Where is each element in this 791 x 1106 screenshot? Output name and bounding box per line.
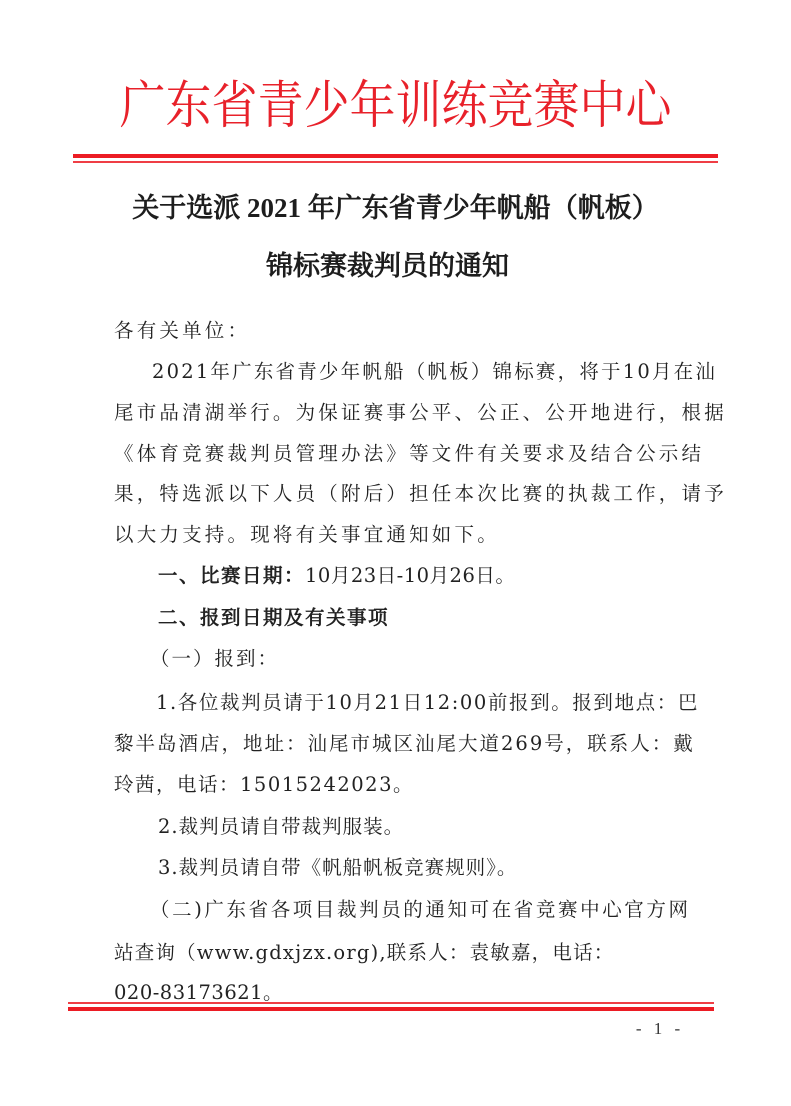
registration-item-3: 3.裁判员请自带《帆船帆板竞赛规则》。 <box>158 855 728 881</box>
section-match-dates: 一、比赛日期：10月23日-10月26日。 <box>158 563 728 589</box>
subsection-registration-label: （一）报到： <box>150 646 720 672</box>
salutation: 各有关单位： <box>114 318 684 344</box>
document-title-line2: 锦标赛裁判员的通知 <box>0 249 783 283</box>
intro-line: 2021年广东省青少年帆船（帆板）锦标赛，将于10月在汕 <box>152 359 722 385</box>
page-number: - 1 - <box>620 1019 700 1039</box>
intro-line: 以大力支持。现将有关事宜通知如下。 <box>114 522 684 548</box>
subsection-website-note: （二)广东省各项目裁判员的通知可在省竞赛中心官方网 <box>150 897 720 923</box>
document-title-line1: 关于选派 2021 年广东省青少年帆船（帆板） <box>0 191 791 225</box>
organization-letterhead: 广东省青少年训练竞赛中心 <box>0 68 791 142</box>
header-rule-thick <box>73 154 718 158</box>
intro-line: 尾市品清湖举行。为保证赛事公平、公正、公开地进行，根据 <box>114 400 684 426</box>
intro-line: 果，特选派以下人员（附后）担任本次比赛的执裁工作，请予 <box>114 481 684 507</box>
registration-item-1: 黎半岛酒店，地址：汕尾市城区汕尾大道269号，联系人：戴 <box>114 731 684 757</box>
registration-item-2: 2.裁判员请自带裁判服装。 <box>158 814 728 840</box>
section-registration: 二、报到日期及有关事项 <box>158 605 728 631</box>
registration-item-1: 1.各位裁判员请于10月21日12:00前报到。报到地点：巴 <box>156 690 726 716</box>
registration-item-1: 玲茜，电话：15015242023。 <box>114 772 684 798</box>
header-rule-thin <box>73 161 718 163</box>
subsection-website-note: 站查询（www.gdxjzx.org),联系人：袁敏嘉，电话： <box>114 940 684 966</box>
section-heading: 一、比赛日期： <box>158 564 305 587</box>
intro-line: 《体育竞赛裁判员管理办法》等文件有关要求及结合公示结 <box>114 441 684 467</box>
footer-rule-thick <box>68 1007 714 1011</box>
match-dates-value: 10月23日-10月26日。 <box>305 564 515 587</box>
footer-rule-thin <box>68 1002 714 1004</box>
